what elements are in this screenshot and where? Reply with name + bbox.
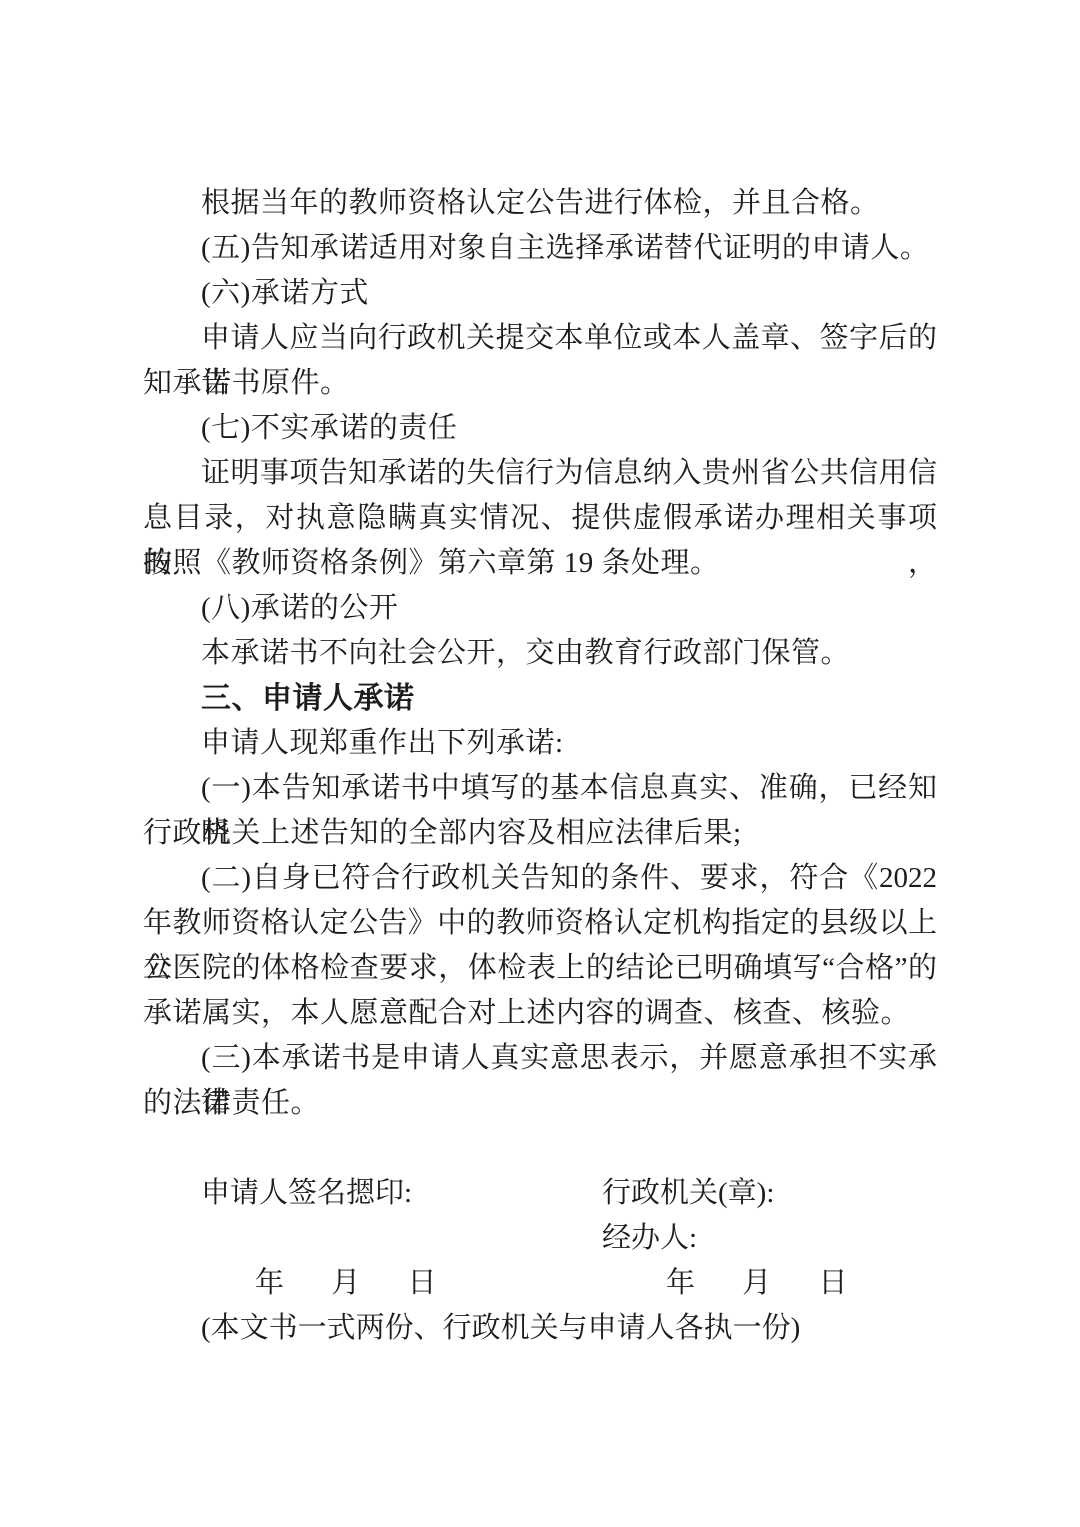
document-line: 根据当年的教师资格认定公告进行体检，并且合格。 — [143, 181, 937, 226]
signature-row-labels: 申请人签名摁印: 行政机关(章): — [143, 1171, 937, 1216]
blank-line — [143, 1126, 937, 1171]
document-line: 知承诺书原件。 — [143, 361, 937, 406]
document-line: (三)本承诺书是申请人真实意思表示，并愿意承担不实承诺 — [143, 1036, 937, 1081]
applicant-sign-label: 申请人签名摁印: — [143, 1177, 412, 1209]
copies-note: (本文书一式两份、行政机关与申请人各执一份) — [143, 1312, 800, 1344]
document-line: (八)承诺的公开 — [143, 586, 937, 631]
date-line-applicant: 年 月 日 — [255, 1261, 437, 1306]
document-line: 申请人现郑重作出下列承诺: — [143, 721, 937, 766]
document-line: 年教师资格认定公告》中的教师资格认定机构指定的县级以上公 — [143, 901, 937, 946]
document-line: 证明事项告知承诺的失信行为信息纳入贵州省公共信用信 — [143, 451, 937, 496]
document-line: 立医院的体格检查要求，体检表上的结论已明确填写“合格”的 — [143, 946, 937, 991]
document-page: 根据当年的教师资格认定公告进行体检，并且合格。(五)告知承诺适用对象自主选择承诺… — [0, 0, 1080, 1527]
lines-container: 根据当年的教师资格认定公告进行体检，并且合格。(五)告知承诺适用对象自主选择承诺… — [143, 181, 937, 1126]
date-line-authority: 年 月 日 — [666, 1261, 848, 1306]
signature-row-handler: 经办人: — [143, 1216, 937, 1261]
authority-seal-label: 行政机关(章): — [602, 1171, 774, 1216]
document-line: (二)自身已符合行政机关告知的条件、要求，符合《2022 — [143, 856, 937, 901]
signature-row-dates: 年 月 日 年 月 日 — [143, 1261, 937, 1306]
document-line: 承诺属实，本人愿意配合对上述内容的调查、核查、核验。 — [143, 991, 937, 1036]
document-line: 息目录，对执意隐瞒真实情况、提供虚假承诺办理相关事项的， — [143, 496, 937, 541]
handler-label: 经办人: — [602, 1216, 697, 1261]
copies-note-row: (本文书一式两份、行政机关与申请人各执一份) — [143, 1306, 937, 1351]
document-line: 的法律责任。 — [143, 1081, 937, 1126]
document-line: 行政机关上述告知的全部内容及相应法律后果; — [143, 811, 937, 856]
document-line: 申请人应当向行政机关提交本单位或本人盖章、签字后的告 — [143, 316, 937, 361]
document-line: (六)承诺方式 — [143, 271, 937, 316]
section-heading: 三、申请人承诺 — [143, 676, 937, 721]
document-line: (五)告知承诺适用对象自主选择承诺替代证明的申请人。 — [143, 226, 937, 271]
document-body: 根据当年的教师资格认定公告进行体检，并且合格。(五)告知承诺适用对象自主选择承诺… — [143, 181, 937, 1351]
document-line: (一)本告知承诺书中填写的基本信息真实、准确，已经知晓 — [143, 766, 937, 811]
document-line: 本承诺书不向社会公开，交由教育行政部门保管。 — [143, 631, 937, 676]
document-line: (七)不实承诺的责任 — [143, 406, 937, 451]
